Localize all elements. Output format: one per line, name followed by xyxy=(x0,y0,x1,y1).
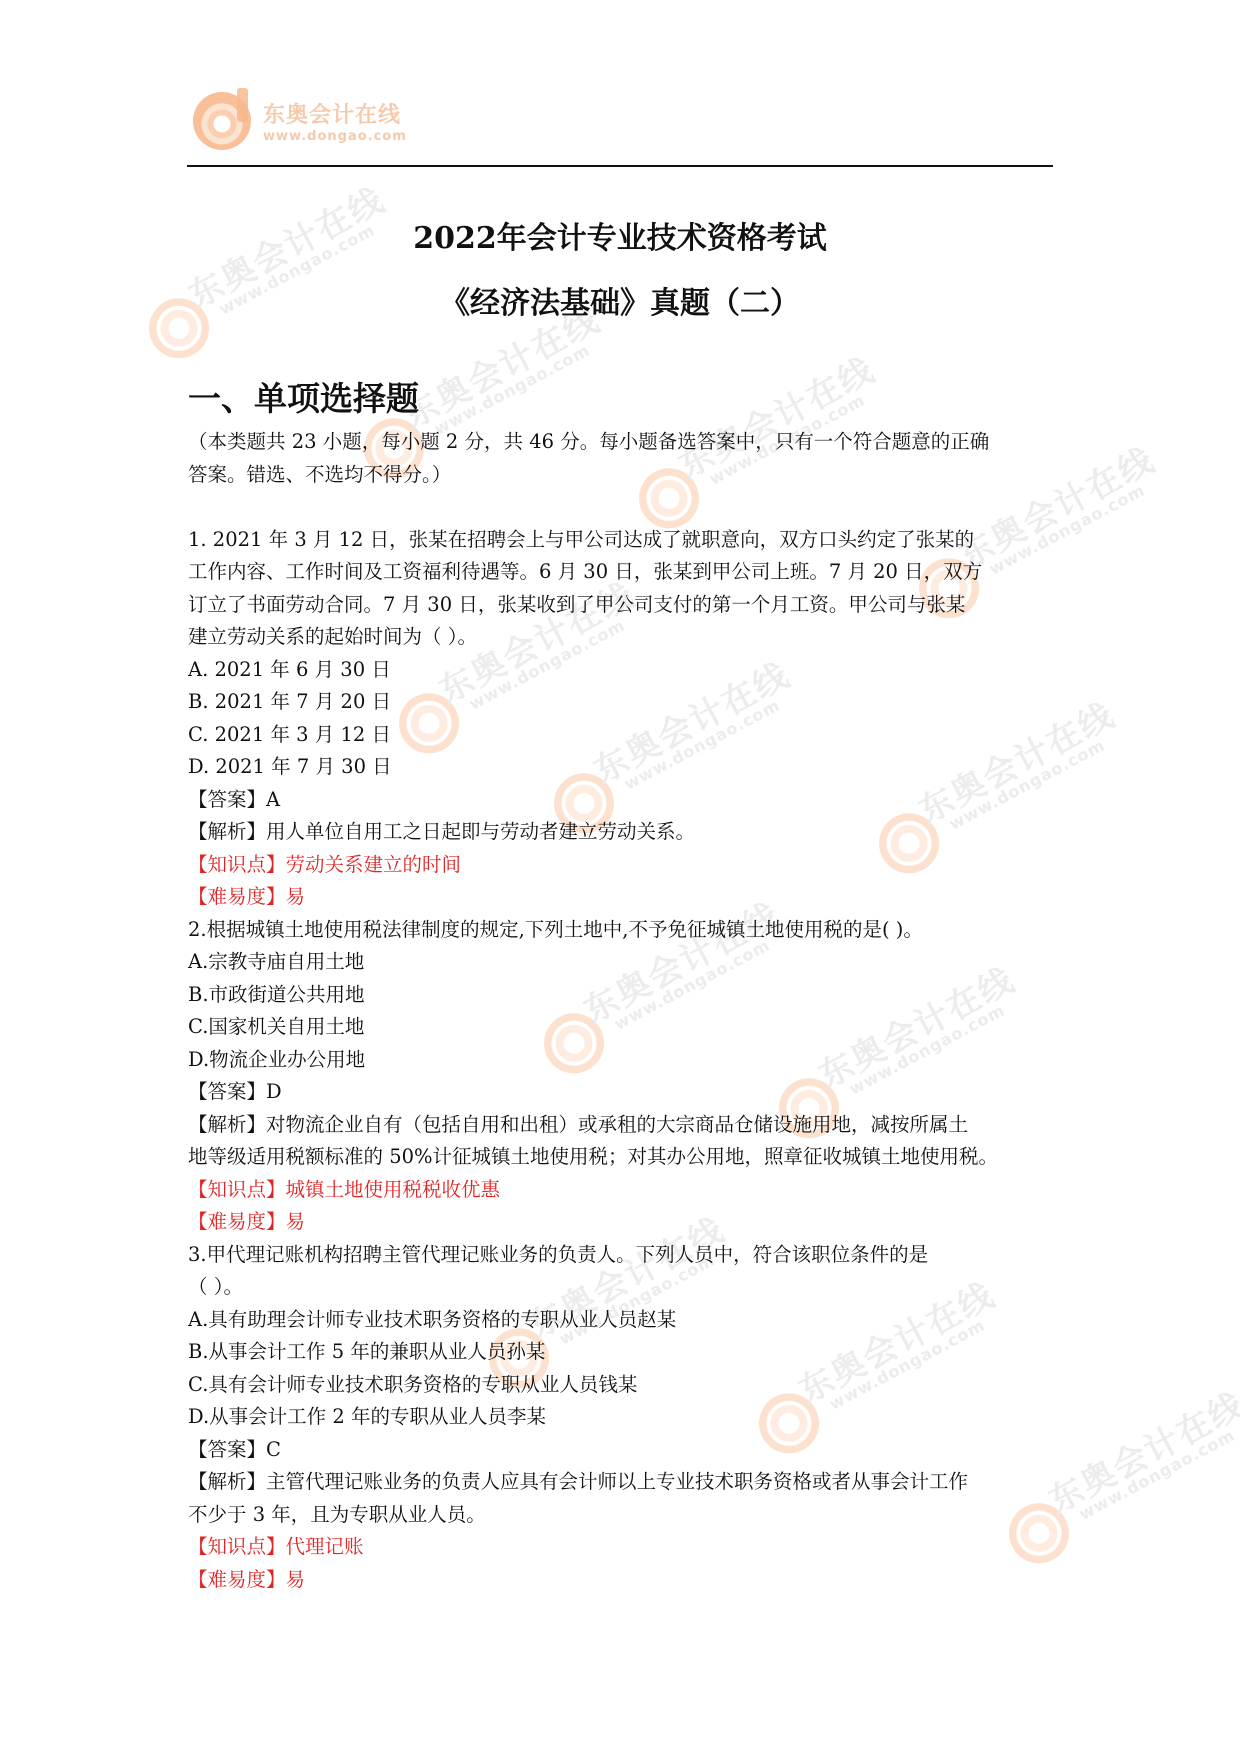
option-c: C.国家机关自用土地 xyxy=(188,1011,1058,1044)
option-a: A.具有助理会计师专业技术职务资格的专职从业人员赵某 xyxy=(188,1304,1058,1337)
difficulty: 【难易度】易 xyxy=(188,1206,1058,1239)
document-subtitle: 《经济法基础》真题（二） xyxy=(0,278,1240,322)
logo-url: www.dongao.com xyxy=(263,129,407,144)
option-c: C. 2021 年 3 月 12 日 xyxy=(188,719,1058,752)
analysis: 地等级适用税额标准的 50%计征城镇土地使用税；对其办公用地，照章征收城镇土地使… xyxy=(188,1141,1058,1174)
knowledge-point: 【知识点】劳动关系建立的时间 xyxy=(188,849,1058,882)
section-instructions: 答案。错选、不选均不得分。） xyxy=(188,459,1058,492)
document-page: 东奥会计在线 www.dongao.com 东奥会计在线 www.dongao.… xyxy=(0,0,1240,1753)
document-title: 2022年会计专业技术资格考试 xyxy=(0,213,1240,257)
option-b: B.从事会计工作 5 年的兼职从业人员孙某 xyxy=(188,1336,1058,1369)
dongao-logo: 东奥会计在线 www.dongao.com xyxy=(193,92,423,158)
answer: 【答案】A xyxy=(188,784,1058,817)
analysis: 【解析】用人单位自用工之日起即与劳动者建立劳动关系。 xyxy=(188,816,1058,849)
option-b: B.市政街道公共用地 xyxy=(188,979,1058,1012)
question-stem: 订立了书面劳动合同。7 月 30 日，张某收到了甲公司支付的第一个月工资。甲公司… xyxy=(188,589,1058,622)
section-heading: 一、单项选择题 xyxy=(188,373,419,420)
difficulty: 【难易度】易 xyxy=(188,1564,1058,1597)
question-stem: （ ）。 xyxy=(188,1271,1058,1304)
option-d: D.从事会计工作 2 年的专职从业人员李某 xyxy=(188,1401,1058,1434)
answer: 【答案】D xyxy=(188,1076,1058,1109)
answer: 【答案】C xyxy=(188,1434,1058,1467)
option-d: D.物流企业办公用地 xyxy=(188,1044,1058,1077)
logo-stem-icon xyxy=(237,88,248,122)
logo-text: 东奥会计在线 xyxy=(263,98,401,129)
question-3: 3.甲代理记账机构招聘主管代理记账业务的负责人。下列人员中，符合该职位条件的是 … xyxy=(188,1239,1058,1597)
analysis: 不少于 3 年，且为专职从业人员。 xyxy=(188,1499,1058,1532)
analysis: 【解析】对物流企业自有（包括自用和出租）或承租的大宗商品仓储设施用地，减按所属土 xyxy=(188,1109,1058,1142)
document-body: （本类题共 23 小题，每小题 2 分，共 46 分。每小题备选答案中，只有一个… xyxy=(188,426,1058,1596)
question-stem: 3.甲代理记账机构招聘主管代理记账业务的负责人。下列人员中，符合该职位条件的是 xyxy=(188,1239,1058,1272)
option-c: C.具有会计师专业技术职务资格的专职从业人员钱某 xyxy=(188,1369,1058,1402)
question-stem: 2.根据城镇土地使用税法律制度的规定,下列土地中,不予免征城镇土地使用税的是( … xyxy=(188,914,1058,947)
knowledge-point: 【知识点】城镇土地使用税税收优惠 xyxy=(188,1174,1058,1207)
question-1: 1. 2021 年 3 月 12 日，张某在招聘会上与甲公司达成了就职意向，双方… xyxy=(188,524,1058,914)
question-2: 2.根据城镇土地使用税法律制度的规定,下列土地中,不予免征城镇土地使用税的是( … xyxy=(188,914,1058,1239)
header-divider xyxy=(187,165,1053,167)
option-d: D. 2021 年 7 月 30 日 xyxy=(188,751,1058,784)
section-instructions: （本类题共 23 小题，每小题 2 分，共 46 分。每小题备选答案中，只有一个… xyxy=(188,426,1058,459)
option-a: A. 2021 年 6 月 30 日 xyxy=(188,654,1058,687)
option-a: A.宗教寺庙自用土地 xyxy=(188,946,1058,979)
question-stem: 1. 2021 年 3 月 12 日，张某在招聘会上与甲公司达成了就职意向，双方… xyxy=(188,524,1058,557)
analysis: 【解析】主管代理记账业务的负责人应具有会计师以上专业技术职务资格或者从事会计工作 xyxy=(188,1466,1058,1499)
question-stem: 工作内容、工作时间及工资福利待遇等。6 月 30 日，张某到甲公司上班。7 月 … xyxy=(188,556,1058,589)
knowledge-point: 【知识点】代理记账 xyxy=(188,1531,1058,1564)
difficulty: 【难易度】易 xyxy=(188,881,1058,914)
option-b: B. 2021 年 7 月 20 日 xyxy=(188,686,1058,719)
question-stem: 建立劳动关系的起始时间为（ ）。 xyxy=(188,621,1058,654)
